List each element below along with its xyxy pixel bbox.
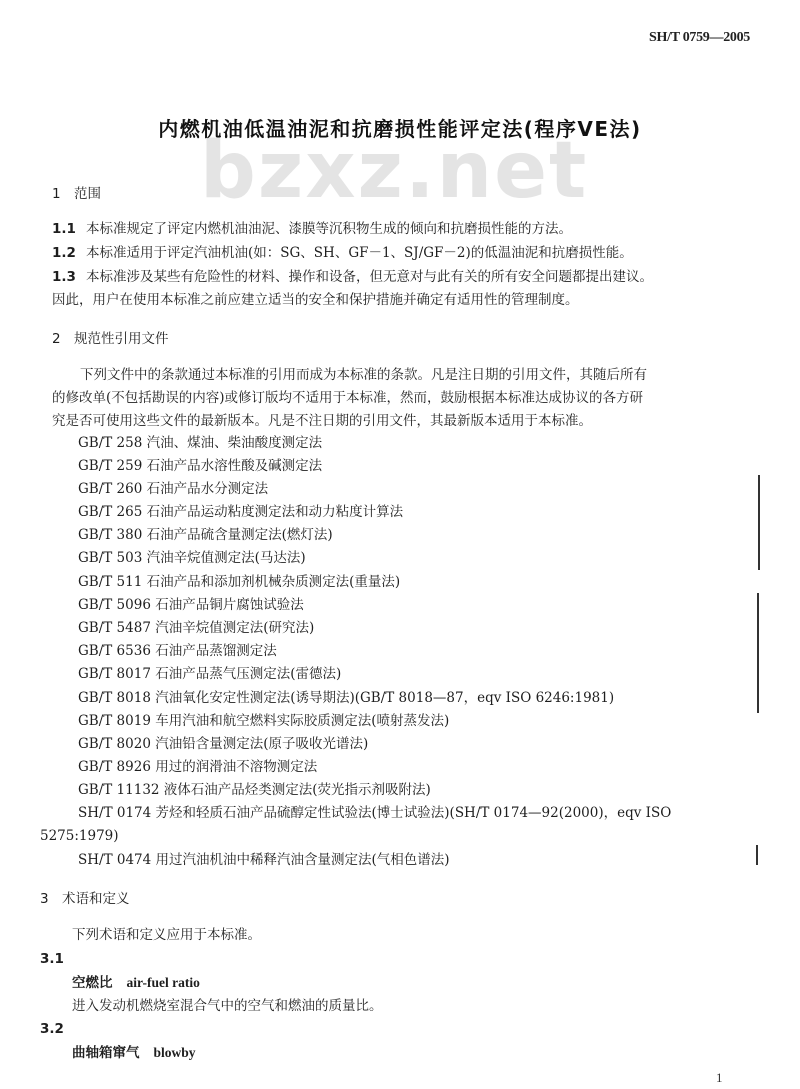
- term-number: 3.1: [40, 950, 64, 968]
- reference-item: GB/T 8017 石油产品蒸气压测定法(雷德法): [78, 665, 341, 683]
- reference-item: GB/T 511 石油产品和添加剂机械杂质测定法(重量法): [78, 573, 400, 591]
- clause-text: 本标准适用于评定汽油机油(如：SG、SH、GF－1、SJ/GF－2)的低温油泥和…: [86, 245, 633, 261]
- reference-item: GB/T 8018 汽油氧化安定性测定法(诱导期法)(GB/T 8018—87，…: [78, 689, 614, 707]
- term-definition: 进入发动机燃烧室混合气中的空气和燃油的质量比。: [72, 997, 383, 1015]
- section-heading: 3术语和定义: [40, 890, 130, 908]
- document-title: 内燃机油低温油泥和抗磨损性能评定法(程序ⅤE法): [0, 113, 800, 142]
- revision-bar: [757, 593, 759, 713]
- reference-item: GB/T 260 石油产品水分测定法: [78, 480, 268, 498]
- clause-number: 1.3: [52, 268, 86, 286]
- reference-item: GB/T 5487 汽油辛烷值测定法(研究法): [78, 619, 314, 637]
- reference-item: GB/T 503 汽油辛烷值测定法(马达法): [78, 549, 306, 567]
- revision-bar: [756, 845, 758, 865]
- clause-continuation: 因此，用户在使用本标准之前应建立适当的安全和保护措施并确定有适用性的管理制度。: [52, 291, 579, 309]
- section-number: 3: [40, 890, 62, 908]
- section-heading: 2规范性引用文件: [52, 330, 169, 348]
- clause: 1.3本标准涉及某些有危险性的材料、操作和设备，但无意对与此有关的所有安全问题都…: [52, 268, 653, 286]
- reference-item: GB/T 265 石油产品运动粘度测定法和动力粘度计算法: [78, 503, 403, 521]
- clause-text: 本标准规定了评定内燃机油油泥、漆膜等沉积物生成的倾向和抗磨损性能的方法。: [86, 221, 572, 237]
- clause-number: 1.2: [52, 244, 86, 262]
- document-page: SH/T 0759—2005 bzxz.net 内燃机油低温油泥和抗磨损性能评定…: [0, 0, 800, 1089]
- reference-item: SH/T 0474 用过汽油机油中稀释汽油含量测定法(气相色谱法): [78, 851, 450, 869]
- intro-line: 的修改单(不包括勘误的内容)或修订版均不适用于本标准，然而，鼓励根据本标准达成协…: [52, 389, 643, 407]
- term-number: 3.2: [40, 1020, 64, 1038]
- section-title: 规范性引用文件: [74, 331, 169, 347]
- clause: 1.1本标准规定了评定内燃机油油泥、漆膜等沉积物生成的倾向和抗磨损性能的方法。: [52, 220, 572, 238]
- revision-bar: [758, 475, 760, 570]
- term-en: blowby: [154, 1045, 196, 1060]
- reference-item: GB/T 6536 石油产品蒸馏测定法: [78, 642, 277, 660]
- reference-item: GB/T 5096 石油产品铜片腐蚀试验法: [78, 596, 304, 614]
- term-heading: 空燃比air-fuel ratio: [72, 974, 200, 992]
- term-zh: 空燃比: [72, 975, 113, 991]
- section-title: 术语和定义: [62, 891, 130, 907]
- watermark: bzxz.net: [200, 132, 580, 210]
- intro-line: 究是否可使用这些文件的最新版本。凡是不注日期的引用文件，其最新版本适用于本标准。: [52, 412, 592, 430]
- reference-item: GB/T 259 石油产品水溶性酸及碱测定法: [78, 457, 322, 475]
- term-zh: 曲轴箱窜气: [72, 1045, 140, 1061]
- reference-item: GB/T 8019 车用汽油和航空燃料实际胶质测定法(喷射蒸发法): [78, 712, 449, 730]
- standard-code: SH/T 0759—2005: [649, 30, 750, 46]
- section-heading: 1范围: [52, 185, 101, 203]
- reference-continuation: 5275:1979): [40, 827, 119, 845]
- reference-item: GB/T 11132 液体石油产品烃类测定法(荧光指示剂吸附法): [78, 781, 431, 799]
- term-heading: 曲轴箱窜气blowby: [72, 1044, 196, 1062]
- reference-item: GB/T 258 汽油、煤油、柴油酸度测定法: [78, 434, 322, 452]
- section-title: 范围: [74, 186, 101, 202]
- section-number: 2: [52, 330, 74, 348]
- section-number: 1: [52, 185, 74, 203]
- clause-text: 本标准涉及某些有危险性的材料、操作和设备，但无意对与此有关的所有安全问题都提出建…: [86, 269, 653, 285]
- term-en: air-fuel ratio: [127, 975, 200, 990]
- clause-number: 1.1: [52, 220, 86, 238]
- terms-intro: 下列术语和定义应用于本标准。: [72, 926, 261, 944]
- reference-item: SH/T 0174 芳烃和轻质石油产品硫醇定性试验法(博士试验法)(SH/T 0…: [78, 804, 671, 822]
- page-number: 1: [716, 1070, 723, 1086]
- reference-item: GB/T 8020 汽油铅含量测定法(原子吸收光谱法): [78, 735, 368, 753]
- intro-line: 下列文件中的条款通过本标准的引用而成为本标准的条款。凡是注日期的引用文件，其随后…: [80, 366, 647, 384]
- clause: 1.2本标准适用于评定汽油机油(如：SG、SH、GF－1、SJ/GF－2)的低温…: [52, 244, 633, 262]
- reference-item: GB/T 8926 用过的润滑油不溶物测定法: [78, 758, 317, 776]
- reference-item: GB/T 380 石油产品硫含量测定法(燃灯法): [78, 526, 333, 544]
